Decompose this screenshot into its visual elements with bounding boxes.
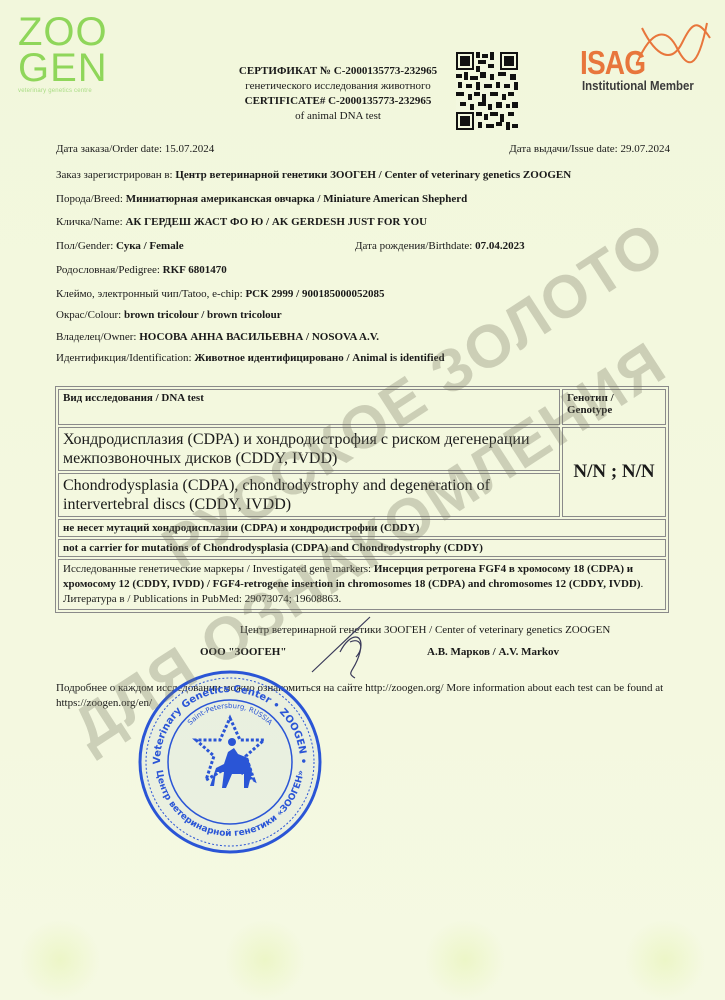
table-row: Исследованные генетические маркеры / Inv… — [58, 559, 666, 610]
field-value: АК ГЕРДЕШ ЖАСТ ФО Ю / AK GERDESH JUST FO… — [125, 216, 427, 228]
table-row: не несет мутаций хондродисплазии (CDPA) … — [58, 519, 666, 537]
field-value: Центр ветеринарной генетики ЗООГЕН / Cen… — [175, 169, 571, 181]
dna-test-table: Вид исследования / DNA test Генотип / Ge… — [55, 386, 669, 613]
field-pedigree: Родословная/Pedigree: RKF 6801470 — [56, 264, 227, 276]
signature-mark — [310, 612, 390, 682]
result-ru: не несет мутаций хондродисплазии (CDPA) … — [58, 519, 666, 537]
zoogen-logo-line1: ZOO — [18, 14, 108, 50]
signature-signer: А.В. Марков / A.V. Markov — [427, 646, 559, 658]
isag-logo: ISAG Institutional Member — [580, 18, 720, 98]
field-chip: Клеймо, электронный чип/Tatoo, e-chip: P… — [56, 288, 384, 300]
markers-label: Исследованные генетические маркеры / Inv… — [63, 563, 371, 575]
field-breed: Порода/Breed: Миниатюрная американская о… — [56, 193, 467, 205]
certificate-title-en: CERTIFICATE# C-2000135773-232965 — [222, 94, 454, 109]
test-name-en: Chondrodysplasia (CDPA), chondrodystroph… — [58, 473, 560, 517]
zoogen-logo: ZOO GEN veterinary genetics centre — [18, 14, 108, 94]
field-label: Родословная/Pedigree: — [56, 264, 160, 276]
certificate-subtitle-ru: генетического исследования животного — [222, 79, 454, 94]
field-value: Животное идентифицировано / Animal is id… — [194, 352, 444, 364]
field-label: Кличка/Name: — [56, 216, 123, 228]
field-value: НОСОВА АННА ВАСИЛЬЕВНА / NOSOVA A.V. — [139, 331, 379, 343]
qr-code-icon[interactable] — [456, 52, 518, 130]
order-date: Дата заказа/Order date: 15.07.2024 — [56, 143, 214, 155]
column-header-genotype: Генотип / Genotype — [562, 389, 666, 425]
field-identification: Идентификция/Identification: Животное ид… — [56, 352, 445, 364]
field-value: Сука / Female — [116, 240, 184, 252]
test-name-ru: Хондродисплазия (CDPA) и хондродистрофия… — [58, 427, 560, 471]
field-label: Окрас/Colour: — [56, 309, 121, 321]
field-label: Порода/Breed: — [56, 193, 123, 205]
field-value: brown tricolour / brown tricolour — [124, 309, 282, 321]
certificate-title-ru: СЕРТИФИКАТ № C-2000135773-232965 — [222, 64, 454, 79]
certificate-header: СЕРТИФИКАТ № C-2000135773-232965 генетич… — [222, 64, 454, 124]
field-birthdate: Дата рождения/Birthdate: 07.04.2023 — [355, 240, 525, 252]
signature-center-name: Центр ветеринарной генетики ЗООГЕН / Cen… — [240, 624, 610, 636]
field-colour: Окрас/Colour: brown tricolour / brown tr… — [56, 309, 282, 321]
order-date-label: Дата заказа/Order date: — [56, 143, 162, 155]
table-row: Хондродисплазия (CDPA) и хондродистрофия… — [58, 427, 666, 471]
issue-date-label: Дата выдачи/Issue date: — [509, 143, 618, 155]
issue-date: Дата выдачи/Issue date: 29.07.2024 — [509, 143, 670, 155]
zoogen-stamp: Veterinary Genetics Center • ZOOGEN • Це… — [136, 668, 324, 856]
field-value: 07.04.2023 — [475, 240, 525, 252]
field-value: PCK 2999 / 900185000052085 — [245, 288, 384, 300]
stamp-seal-icon: Veterinary Genetics Center • ZOOGEN • Це… — [136, 668, 324, 856]
field-label: Пол/Gender: — [56, 240, 113, 252]
zoogen-logo-line2: GEN — [18, 50, 108, 86]
column-header-test: Вид исследования / DNA test — [58, 389, 560, 425]
isag-name: ISAG — [580, 44, 645, 82]
table-header-row: Вид исследования / DNA test Генотип / Ge… — [58, 389, 666, 425]
field-registered: Заказ зарегистрирован в: Центр ветеринар… — [56, 169, 571, 181]
table-row: not a carrier for mutations of Chondrody… — [58, 539, 666, 557]
signature-company: ООО "ЗООГЕН" — [200, 646, 286, 658]
order-date-value: 15.07.2024 — [165, 143, 215, 155]
field-value: RKF 6801470 — [163, 264, 227, 276]
field-label: Дата рождения/Birthdate: — [355, 240, 472, 252]
field-value: Миниатюрная американская овчарка / Minia… — [126, 193, 467, 205]
field-label: Владелец/Owner: — [56, 331, 137, 343]
field-owner: Владелец/Owner: НОСОВА АННА ВАСИЛЬЕВНА /… — [56, 331, 379, 343]
issue-date-value: 29.07.2024 — [621, 143, 671, 155]
isag-member-badge: Institutional Member — [582, 78, 694, 93]
field-gender: Пол/Gender: Сука / Female — [56, 240, 184, 252]
result-en: not a carrier for mutations of Chondrody… — [58, 539, 666, 557]
field-label: Клеймо, электронный чип/Tatoo, e-chip: — [56, 288, 243, 300]
field-label: Идентификция/Identification: — [56, 352, 192, 364]
genotype-result: N/N ; N/N — [562, 427, 666, 517]
field-name: Кличка/Name: АК ГЕРДЕШ ЖАСТ ФО Ю / AK GE… — [56, 216, 427, 228]
certificate-subtitle-en: of animal DNA test — [222, 109, 454, 124]
field-label: Заказ зарегистрирован в: — [56, 169, 173, 181]
gene-markers: Исследованные генетические маркеры / Inv… — [58, 559, 666, 610]
